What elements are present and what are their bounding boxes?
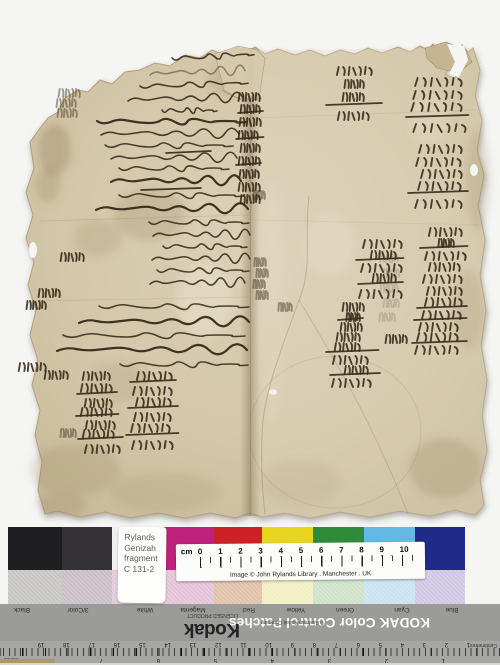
- kodak-copyright-text: © Eastman Kodak Company: [261, 619, 324, 625]
- patch-label-cyan: Cyan: [394, 606, 409, 613]
- fragment-label: Rylands Genizah fragment C 131-2: [117, 527, 166, 604]
- patch-3color-solid: [62, 527, 112, 570]
- fragment-label-line1: Rylands: [124, 532, 166, 543]
- ruler-ticks: [0, 648, 500, 656]
- fragment-label-line3: fragment: [124, 553, 166, 564]
- kodak-ruler-strip: 1 2 3 4 5 6 7 Inches 1 2 3 4 5 6 7 8 9 1…: [0, 641, 500, 663]
- patch-label-green: Green: [336, 606, 354, 613]
- patch-label-yellow: Yellow: [287, 606, 306, 613]
- patch-black-solid: [8, 527, 62, 570]
- kodak-brand-logo: Kodak: [184, 618, 240, 640]
- patch-label-red: Red: [243, 606, 255, 613]
- patch-label-white: White: [137, 606, 154, 613]
- kodak-gray-bar: KODAK Color Control Patches Kodak LICENS…: [0, 604, 500, 641]
- patch-label-magenta: Magenta: [180, 606, 205, 613]
- patch-3color-tint: [62, 570, 112, 604]
- manuscript-fragment: [0, 0, 500, 530]
- image-credit: Image © John Rylands Library . Mancheste…: [176, 570, 425, 580]
- photo-stage: KODAK Color Control Patches Kodak LICENS…: [0, 0, 500, 665]
- patch-black-tint: [8, 570, 62, 604]
- patch-label-3color: 3/Color: [68, 606, 89, 613]
- kodak-bar-title: KODAK Color Control Patches: [229, 615, 430, 630]
- cm-unit-label: cm: [181, 547, 193, 556]
- fragment-label-line4: C 131-2: [124, 563, 166, 574]
- cm-numbers: 1 2 3 4 5 6 7 8 9 10 11 12 13 14 15 16 1…: [38, 641, 470, 647]
- patch-label-blue: Blue: [445, 606, 458, 613]
- patch-label-black: Black: [14, 606, 30, 613]
- cm-scale-card: cm 0 1 2 3 4 5 6 7 8 9 10 Image © John R…: [176, 542, 425, 582]
- centimetres-caption: Centimetres: [470, 642, 497, 648]
- fragment-label-line2: Genizah: [124, 542, 166, 553]
